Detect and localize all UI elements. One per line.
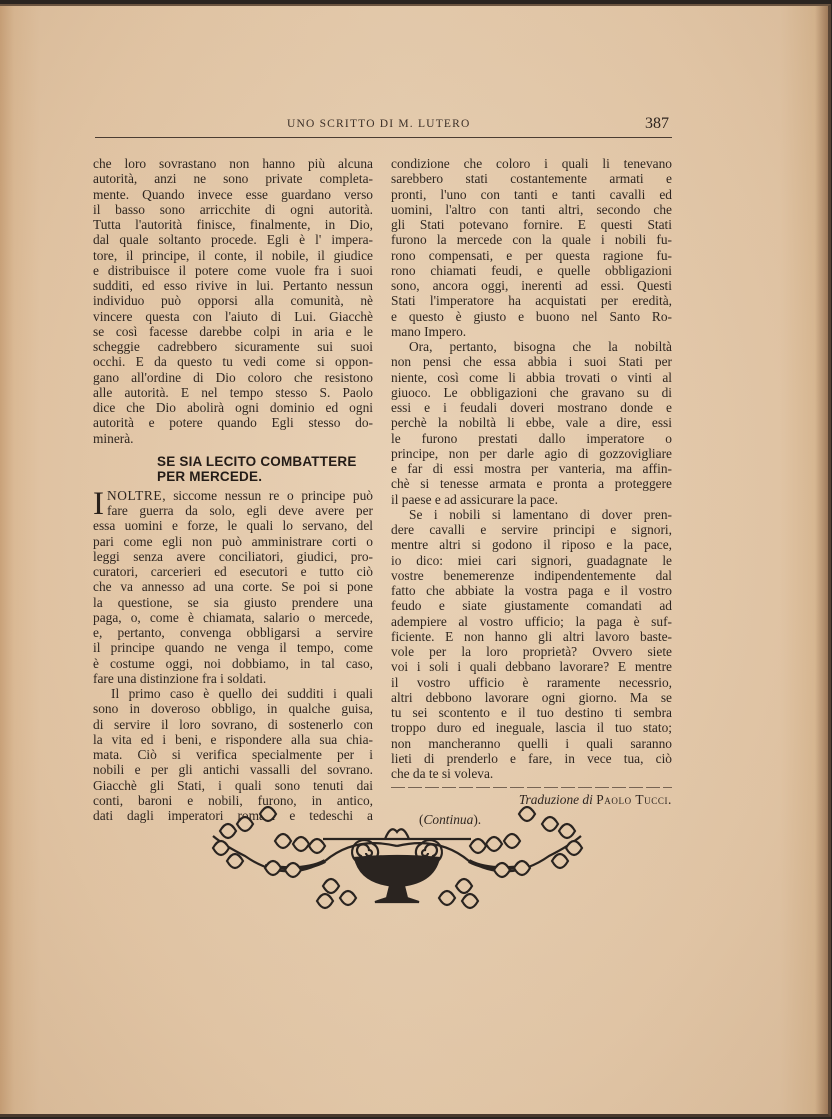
text-line: scheggie cadrebbero sicuramente sui suoi [93,339,373,354]
text-line: sono, ancora oggi, inerenti ad essi. Que… [391,278,672,293]
text-line: sono in doveroso obbligo, in qualche gui… [93,701,373,716]
paragraph: Se i nobili si lamentano di dover pren- … [391,507,672,782]
paragraph: Il primo caso è quello dei sudditi i qua… [93,686,373,823]
text-line: altri debbono lavorare ogni giorno. Ma s… [391,690,672,705]
text-line: che da te si voleva. [391,766,672,781]
text-line: essi e i feudali doveri mostrano donde e [391,400,672,415]
text-line: perchè la nobiltà li ebbe, vale a dire, … [391,415,672,430]
text-line: e, pertanto, convenga obbligarsi a servi… [93,625,373,640]
text-line: mente. Quando invece esse guardano verso [93,187,373,202]
page-number: 387 [645,115,669,133]
text-line: mano Impero. [391,324,672,339]
left-column: che loro sovrastano non hanno più alcuna… [93,156,373,823]
paragraph: che loro sovrastano non hanno più alcuna… [93,156,373,446]
text-line: è costume oggi, noi dobbiamo, in tal cas… [93,656,373,671]
text-line: se così facesse darebbe colpi in aria e … [93,324,373,339]
text-line: gli Stati potevano fornire. E questi Sta… [391,217,672,232]
text-line: paga, o, come è chiamata, salario o merc… [93,610,373,625]
header-rule [95,137,672,138]
text-line: Stati l'imperatore ha acquistati per ere… [391,293,672,308]
text-line: essa uomini e forze, le quali lo servano… [93,518,373,533]
text-line: Giacchè gli Stati, i quali sono tenuti d… [93,778,373,793]
text-line: le furono prestati dallo imperatore o [391,431,672,446]
paragraph: I NOLTRE, siccome nessun re o principe p… [93,488,373,686]
text-line: il vostro ufficio è raramente necessrio, [391,675,672,690]
text-line: che va annesso ad una corte. Se poi si p… [93,579,373,594]
text-line: il principe quando ne venga il tempo, co… [93,640,373,655]
text-line: e distribuisce il potere come vuole fra … [93,263,373,278]
text-line: leggi senza avere conciliatori, giudici,… [93,549,373,564]
text-line: mentre altri si godono il riposo e la pa… [391,537,672,552]
text-line: tore, il principe, il conte, il nobile, … [93,248,373,263]
text-line: lieti di prenderlo e fare, in vece tua, … [391,751,672,766]
text-line: la vita ed i beni, e rispondere alla sua… [93,732,373,747]
paragraph: condizione che coloro i quali li tenevan… [391,156,672,339]
text-line: curatori, carcerieri ed esecutori e tutt… [93,564,373,579]
text-line: e questo è giusto e buono nel Santo Ro- [391,309,672,324]
text-line: feudo e siate giustamente comandati ad [391,598,672,613]
text-line: sarebbero stati costantemente armati e [391,171,672,186]
text-line: rono chiamati feudi, e quelle obbligazio… [391,263,672,278]
text-line: il paese e ad assicurare la pace. [391,492,672,507]
text-line: il basso sono arricchite di ogni autorit… [93,202,373,217]
text-line: Se i nobili si lamentano di dover pren- [391,507,672,522]
text-line: minerà. [93,431,373,446]
running-title: UNO SCRITTO DI M. LUTERO [287,118,471,130]
text-line: la questione, se sia giusto prendere una [93,595,373,610]
signature-rule [391,787,672,788]
text-line: troppo duro ed ineguale, lascia il tuo s… [391,720,672,735]
text-line: non mancheranno quelli i quali saranno [391,736,672,751]
text-line: ficiente. E non hanno gli altri lavoro b… [391,629,672,644]
text-line: dal quale soltanto procede. Egli è l' im… [93,232,373,247]
opening-word: NOLTRE [107,488,162,503]
text-line: mata. Ciò si verifica specialmente per i [93,747,373,762]
text-line: pronti, l'uno con tanti e tanti cavalli … [391,187,672,202]
text-line: che loro sovrastano non hanno più alcuna [93,156,373,171]
text-line: pari come egli non può amministrare cort… [93,534,373,549]
text-line: giuoco. Le obbligazioni che gravano su d… [391,385,672,400]
text-line: sudditi, ed esso rivive in lui. Pertanto… [93,278,373,293]
text-line: occhi. E da questo tu vedi come si oppon… [93,354,373,369]
credit-prefix: Traduzione di [519,792,593,807]
running-head: UNO SCRITTO DI M. LUTERO 387 [95,116,675,138]
text-line: alle autorità. E nel tempo stesso S. Pao… [93,385,373,400]
text-line: principe, non per darle agio di gozzovig… [391,446,672,461]
text-line: chè si tenesse armata e pronta a protegg… [391,476,672,491]
text-line: dice che Dio abolirà ogni dominio ed ogn… [93,400,373,415]
drop-cap: I [93,490,104,518]
text-line: Tutta l'autorità finisce, finalmente, in… [93,217,373,232]
text-line: vincere questa con l'aiuto di Lui. Giacc… [93,309,373,324]
text-line: gano all'ordine di Dio coloro che resist… [93,370,373,385]
book-page: UNO SCRITTO DI M. LUTERO 387 che loro so… [0,4,831,1117]
text-line: condizione che coloro i quali li tenevan… [391,156,672,171]
text-line: di servire il loro sovrano, di sostenerl… [93,717,373,732]
text-line: adempiere al vostro ufficio; la paga è s… [391,614,672,629]
text-line: nobili e per gli antichi vassalli del so… [93,762,373,777]
text-line: , siccome nessun re o principe può [162,488,373,503]
text-line: io dico: miei cari signori, guadagnate l… [391,553,672,568]
translator-name: Paolo Tucci. [596,792,672,807]
text-line: furono la mercede con la quale i nobili … [391,232,672,247]
text-line: autorità e potere quando Egli stesso do- [93,415,373,430]
paragraph: Ora, pertanto, bisogna che la nobiltà no… [391,339,672,507]
text-line: fatto che abbiate la vostra paga e il vo… [391,583,672,598]
text-line: rono compensati, e per questa ragione fu… [391,248,672,263]
section-heading-line: PER MERCEDE. [157,469,373,484]
text-line: niente, così come li abbia trovati o vin… [391,370,672,385]
text-line: voi i soli i quali debbano lavorare? E m… [391,659,672,674]
text-line: vostre benemerenze indipendentemente dal [391,568,672,583]
text-line: Ora, pertanto, bisogna che la nobiltà [391,339,672,354]
text-line: non pensi che essa abbia i suoi Stati pe… [391,354,672,369]
text-line: fare una distinzione fra i soldati. [93,671,373,686]
text-line: tu sei scontento e il tuo destino ti sem… [391,705,672,720]
floral-urn-vignette-icon [205,806,590,911]
text-line: Il primo caso è quello dei sudditi i qua… [93,686,373,701]
section-heading: SE SIA LECITO COMBATTERE PER MERCEDE. [157,454,373,484]
text-line: e far di essi mostra per vanteria, ma af… [391,461,672,476]
right-column: condizione che coloro i quali li tenevan… [391,156,672,827]
section-heading-line: SE SIA LECITO COMBATTERE [157,454,373,469]
text-line: fare guerra da solo, egli deve avere per [93,503,373,518]
text-line: uomini, l'altro con tanti altri, secondo… [391,202,672,217]
text-line: dere cavalli e servire principi e signor… [391,522,672,537]
text-line: autorità, anzi ne sono private completa- [93,171,373,186]
text-line: individuo può opporsi alla comunità, nè [93,293,373,308]
text-line: vole per la loro proprietà? Ovvero siete [391,644,672,659]
